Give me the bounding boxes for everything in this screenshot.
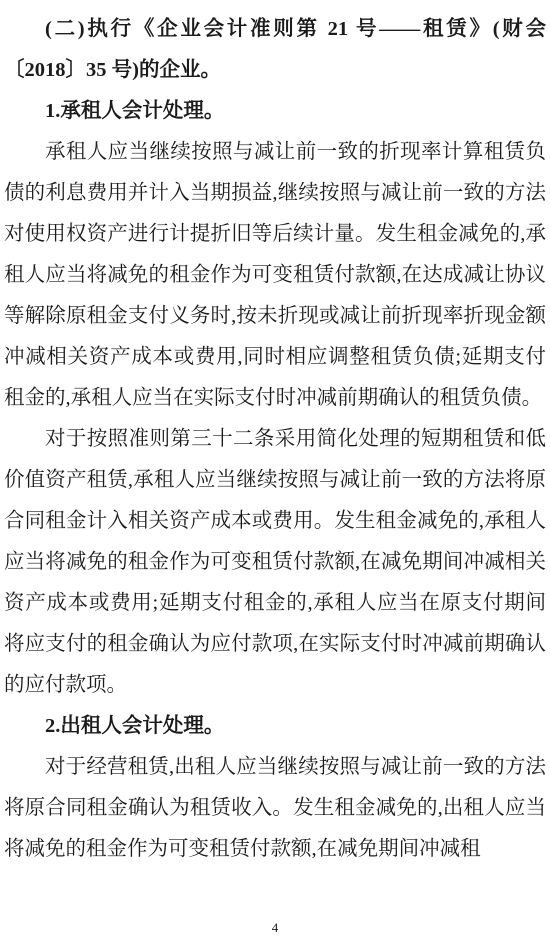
lessee-paragraph-2: 对于按照准则第三十二条采用简化处理的短期租赁和低价值资产租赁,承租人应当继续按照… <box>4 419 546 706</box>
document-page: (二)执行《企业会计准则第 21 号——租赁》(财会〔2018〕35 号)的企业… <box>0 0 550 939</box>
page-number: 4 <box>0 921 550 934</box>
page-content: (二)执行《企业会计准则第 21 号——租赁》(财会〔2018〕35 号)的企业… <box>0 0 550 870</box>
lessor-section-heading: 2.出租人会计处理。 <box>4 706 546 747</box>
section-heading: (二)执行《企业会计准则第 21 号——租赁》(财会〔2018〕35 号)的企业… <box>4 9 546 91</box>
lessee-paragraph-1: 承租人应当继续按照与减让前一致的折现率计算租赁负债的利息费用并计入当期损益,继续… <box>4 132 546 419</box>
lessee-section-heading: 1.承租人会计处理。 <box>4 91 546 132</box>
lessor-paragraph-1: 对于经营租赁,出租人应当继续按照与减让前一致的方法将原合同租金确认为租赁收入。发… <box>4 747 546 870</box>
